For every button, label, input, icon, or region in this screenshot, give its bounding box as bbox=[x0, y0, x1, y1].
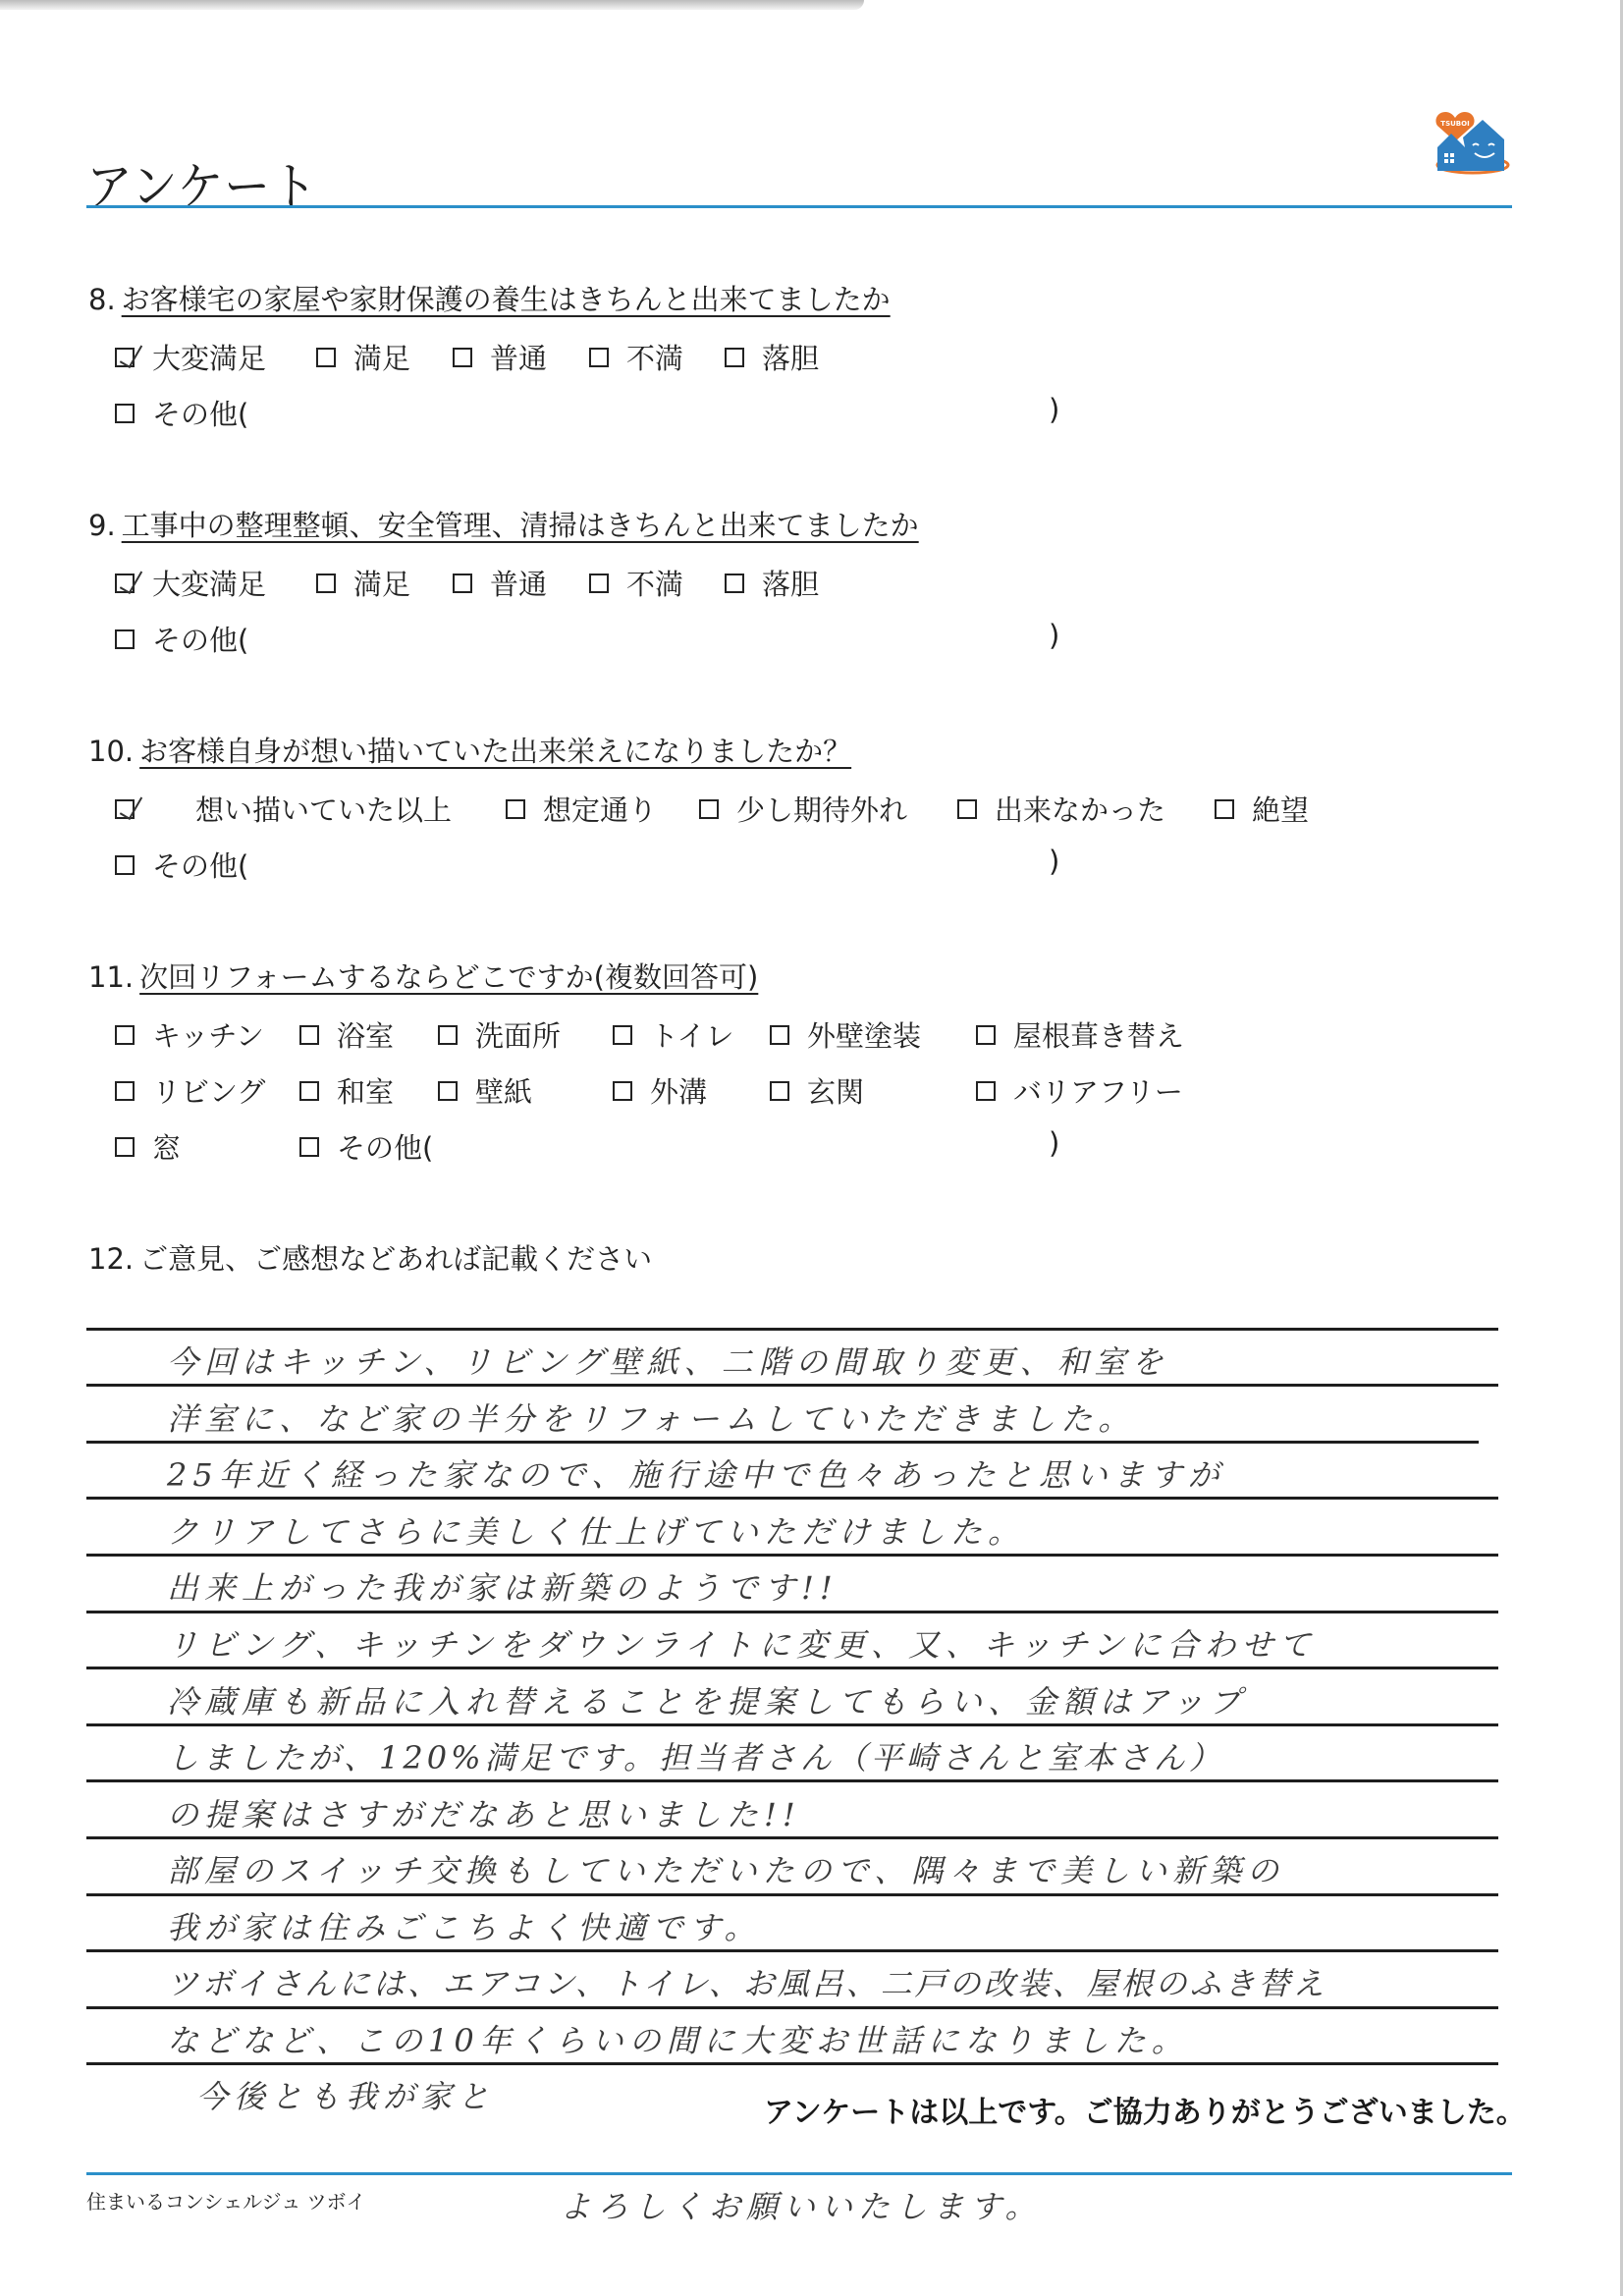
checkbox-icon[interactable] bbox=[770, 1025, 789, 1045]
q11-option-kitchen[interactable]: キッチン bbox=[115, 1014, 264, 1055]
q11-other-close-paren: ) bbox=[1049, 1126, 1059, 1160]
comment-line-10: 部屋のスイッチ交換もしていただいたので、隅々まで美しい新築の bbox=[167, 1846, 1284, 1891]
q11-option-exterior-paint[interactable]: 外壁塗装 bbox=[770, 1014, 921, 1055]
ruled-line bbox=[86, 1836, 1498, 1839]
checkbox-icon[interactable] bbox=[438, 1081, 458, 1101]
q9-option-satisfied[interactable]: 満足 bbox=[316, 563, 410, 603]
comment-line-9: の提案はさすがだなあと思いました!! bbox=[167, 1790, 801, 1835]
comment-line-11: 我が家は住みごこちよく快適です。 bbox=[167, 1903, 761, 1948]
ruled-line bbox=[86, 1779, 1498, 1782]
footer-company: 住まいるコンシェルジュ ツボイ bbox=[86, 2186, 366, 2214]
checkbox-icon[interactable] bbox=[976, 1081, 996, 1101]
q11-option-washroom[interactable]: 洗面所 bbox=[438, 1014, 561, 1055]
closing-message: アンケートは以上です。ご協力ありがとうございました。 bbox=[764, 2088, 1526, 2131]
checkbox-icon[interactable] bbox=[589, 348, 609, 367]
question-11: 11.次回リフォームするならどこですか(複数回答可) bbox=[88, 956, 758, 996]
checkbox-icon[interactable] bbox=[438, 1025, 458, 1045]
ruled-line bbox=[86, 1441, 1479, 1444]
comment-line-2: 洋室に、など家の半分をリフォームしていただきました。 bbox=[167, 1394, 1135, 1440]
checkbox-icon[interactable] bbox=[699, 799, 719, 819]
q10-option-not-achieved[interactable]: 出来なかった bbox=[957, 789, 1165, 829]
q8-option-dissatisfied[interactable]: 不満 bbox=[589, 337, 683, 377]
checkbox-icon[interactable] bbox=[115, 1081, 135, 1101]
ruled-line bbox=[86, 1497, 1498, 1500]
footer-divider bbox=[86, 2172, 1512, 2175]
checkbox-icon[interactable] bbox=[115, 1137, 135, 1157]
checkbox-icon[interactable] bbox=[957, 799, 977, 819]
checkbox-icon[interactable] bbox=[589, 574, 609, 593]
scan-shadow bbox=[0, 0, 864, 10]
ruled-line bbox=[86, 1949, 1498, 1952]
q9-option-normal[interactable]: 普通 bbox=[453, 563, 547, 603]
q8-option-disappointed[interactable]: 落胆 bbox=[725, 337, 819, 377]
ruled-line bbox=[86, 1611, 1498, 1613]
q9-other-close-paren: ) bbox=[1049, 619, 1059, 652]
comment-line-5: 出来上がった我が家は新築のようです!! bbox=[167, 1563, 839, 1609]
q9-option-disappointed[interactable]: 落胆 bbox=[725, 563, 819, 603]
comment-line-3: 25年近く経った家なので、施行途中で色々あったと思いますが bbox=[167, 1450, 1225, 1496]
tsuboi-logo: TSUBOI bbox=[1432, 108, 1510, 179]
checkbox-icon[interactable] bbox=[115, 629, 135, 649]
q11-option-japanese-room[interactable]: 和室 bbox=[299, 1070, 394, 1111]
checkbox-icon[interactable] bbox=[299, 1137, 319, 1157]
q10-other-close-paren: ) bbox=[1049, 845, 1059, 878]
checkbox-icon[interactable] bbox=[976, 1025, 996, 1045]
q10-option-beyond-expectation[interactable]: 想い描いていた以上 bbox=[115, 789, 452, 829]
checkbox-checked-icon[interactable] bbox=[115, 348, 135, 367]
checkbox-icon[interactable] bbox=[115, 1025, 135, 1045]
q9-option-other[interactable]: その他( bbox=[115, 619, 248, 659]
q10-option-despair[interactable]: 絶望 bbox=[1215, 789, 1309, 829]
q8-other-close-paren: ) bbox=[1049, 393, 1059, 426]
comment-line-1: 今回はキッチン、リビング壁紙、二階の間取り変更、和室を bbox=[167, 1338, 1169, 1383]
ruled-line bbox=[86, 2062, 1498, 2065]
q11-option-bathroom[interactable]: 浴室 bbox=[299, 1014, 394, 1055]
checkbox-icon[interactable] bbox=[613, 1081, 632, 1101]
q10-option-as-expected[interactable]: 想定通り bbox=[506, 789, 657, 829]
q8-option-normal[interactable]: 普通 bbox=[453, 337, 547, 377]
question-9: 9.工事中の整理整頓、安全管理、清掃はきちんと出来てましたか bbox=[88, 504, 919, 544]
q11-option-roof-replacement[interactable]: 屋根葺き替え bbox=[976, 1014, 1184, 1055]
q11-option-barrier-free[interactable]: バリアフリー bbox=[976, 1070, 1183, 1111]
comment-line-7: 冷蔵庫も新品に入れ替えることを提案してもらい、金額はアップ bbox=[167, 1677, 1247, 1722]
checkbox-icon[interactable] bbox=[725, 574, 744, 593]
q11-option-window[interactable]: 窓 bbox=[115, 1126, 181, 1167]
question-10: 10.お客様自身が想い描いていた出来栄えになりましたか？ bbox=[88, 730, 851, 770]
checkbox-icon[interactable] bbox=[115, 855, 135, 875]
q11-option-other[interactable]: その他( bbox=[299, 1126, 433, 1167]
checkbox-icon[interactable] bbox=[506, 799, 525, 819]
q8-option-satisfied[interactable]: 満足 bbox=[316, 337, 410, 377]
comment-line-13: などなど、この10年くらいの間に大変お世話になりました。 bbox=[167, 2016, 1189, 2061]
checkbox-icon[interactable] bbox=[1215, 799, 1234, 819]
q8-option-other[interactable]: その他( bbox=[115, 393, 248, 433]
comment-line-8: しましたが、120%満足です。担当者さん（平崎さんと室本さん） bbox=[167, 1733, 1224, 1778]
q8-option-very-satisfied[interactable]: 大変満足 bbox=[115, 337, 266, 377]
checkbox-icon[interactable] bbox=[299, 1081, 319, 1101]
checkbox-icon[interactable] bbox=[115, 404, 135, 423]
ruled-line bbox=[86, 1667, 1498, 1669]
ruled-line bbox=[86, 1723, 1498, 1726]
ruled-line bbox=[86, 1554, 1498, 1557]
ruled-line bbox=[86, 1384, 1498, 1387]
comment-line-12: ツボイさんには、エアコン、トイレ、お風呂、二戸の改装、屋根のふき替え bbox=[167, 1959, 1327, 2004]
q11-option-entrance[interactable]: 玄関 bbox=[770, 1070, 864, 1111]
checkbox-checked-icon[interactable] bbox=[115, 799, 135, 819]
checkbox-icon[interactable] bbox=[770, 1081, 789, 1101]
checkbox-icon[interactable] bbox=[613, 1025, 632, 1045]
q9-option-very-satisfied[interactable]: 大変満足 bbox=[115, 563, 266, 603]
q11-option-exterior[interactable]: 外溝 bbox=[613, 1070, 707, 1111]
checkbox-icon[interactable] bbox=[316, 574, 336, 593]
question-8: 8.お客様宅の家屋や家財保護の養生はきちんと出来てましたか bbox=[88, 278, 891, 318]
ruled-line bbox=[86, 1893, 1498, 1896]
header-divider bbox=[86, 205, 1512, 208]
comment-line-6: リビング、キッチンをダウンライトに変更、又、キッチンに合わせて bbox=[167, 1620, 1317, 1666]
checkbox-icon[interactable] bbox=[725, 348, 744, 367]
svg-text:TSUBOI: TSUBOI bbox=[1440, 120, 1469, 128]
checkbox-checked-icon[interactable] bbox=[115, 574, 135, 593]
q10-option-other[interactable]: その他( bbox=[115, 845, 248, 885]
comment-line-4: クリアしてさらに美しく仕上げていただけました。 bbox=[167, 1507, 1025, 1553]
q11-option-toilet[interactable]: トイレ bbox=[613, 1014, 734, 1055]
comment-continuation: よろしくお願いいたします。 bbox=[560, 2182, 1042, 2227]
q9-option-dissatisfied[interactable]: 不満 bbox=[589, 563, 683, 603]
checkbox-icon[interactable] bbox=[299, 1025, 319, 1045]
checkbox-icon[interactable] bbox=[453, 574, 472, 593]
comment-line-14: 今後とも我が家と bbox=[196, 2072, 495, 2117]
checkbox-icon[interactable] bbox=[453, 348, 472, 367]
ruled-line bbox=[86, 2006, 1498, 2009]
house-logo-icon: TSUBOI bbox=[1432, 108, 1510, 179]
ruled-line bbox=[86, 1328, 1498, 1331]
q11-option-living[interactable]: リビング bbox=[115, 1070, 265, 1111]
q10-option-slightly-disappointing[interactable]: 少し期待外れ bbox=[699, 789, 907, 829]
question-12: 12.ご意見、ご感想などあれば記載ください bbox=[88, 1237, 652, 1278]
checkbox-icon[interactable] bbox=[316, 348, 336, 367]
q11-option-wallpaper[interactable]: 壁紙 bbox=[438, 1070, 532, 1111]
